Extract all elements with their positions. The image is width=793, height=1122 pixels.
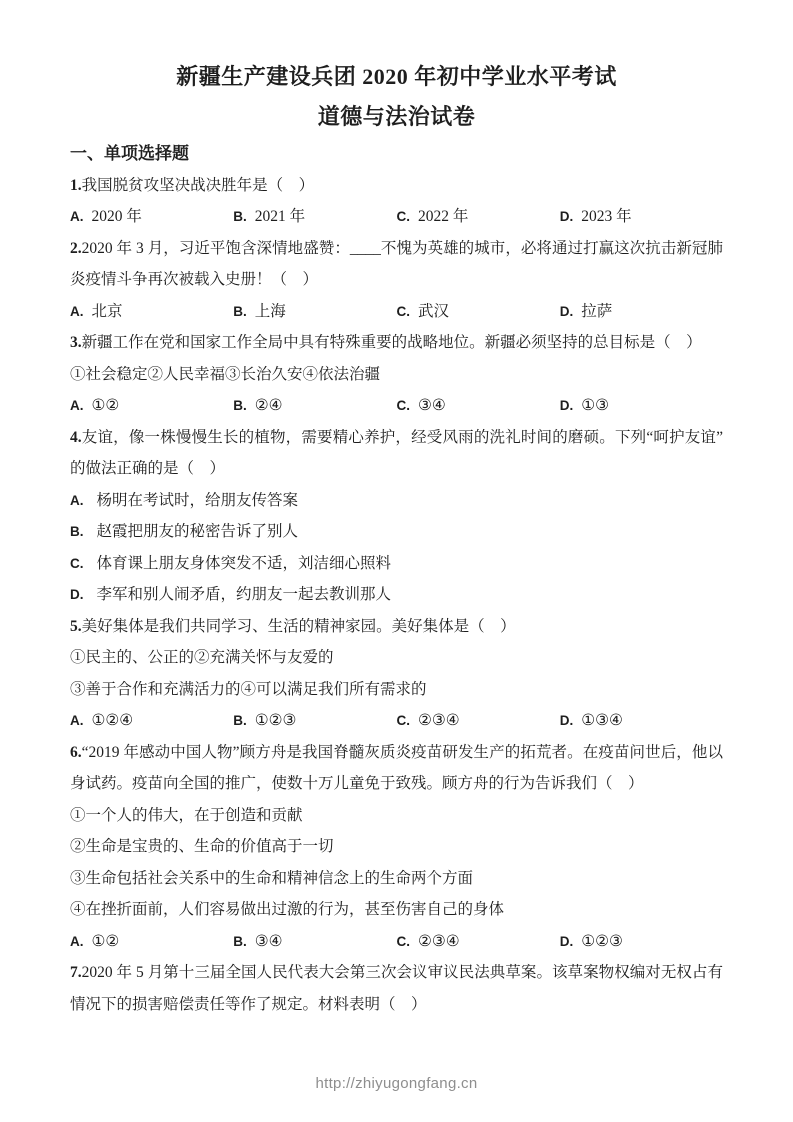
question-1-options: A.2020 年 B.2021 年 C.2022 年 D.2023 年 [70, 201, 723, 233]
question-7: 7.2020 年 5 月第十三届全国人民代表大会第三次会议审议民法典草案。该草案… [70, 957, 723, 1020]
question-6-stem: 6.“2019 年感动中国人物”顾方舟是我国脊髓灰质炎疫苗研发生产的拓荒者。在疫… [70, 737, 723, 800]
option-label: C. [397, 209, 411, 224]
option-text: 杨明在考试时，给朋友传答案 [97, 492, 299, 509]
option-text: ③④ [255, 933, 283, 950]
option-text: ①②③ [581, 933, 623, 950]
exam-document-page: 新疆生产建设兵团 2020 年初中学业水平考试 道德与法治试卷 一、单项选择题 … [0, 0, 793, 1122]
option-label: C. [70, 556, 84, 571]
question-5-option-b: B.①②③ [233, 705, 396, 737]
question-4-text: 友谊，像一株慢慢生长的植物，需要精心养护，经受风雨的洗礼时间的磨硕。下列“呵护友… [70, 429, 723, 478]
question-2-options: A.北京 B.上海 C.武汉 D.拉萨 [70, 296, 723, 328]
question-5-text: 美好集体是我们共同学习、生活的精神家园。美好集体是（ ） [82, 618, 516, 635]
question-3: 3.新疆工作在党和国家工作全局中具有特殊重要的战略地位。新疆必须坚持的总目标是（… [70, 327, 723, 422]
question-5-option-d: D.①③④ [560, 705, 723, 737]
option-text: ②③④ [418, 933, 460, 950]
question-2-number: 2. [70, 240, 82, 257]
question-6-option-a: A.①② [70, 926, 233, 958]
question-6-items-2: ②生命是宝贵的、生命的价值高于一切 [70, 831, 723, 863]
question-2-option-c: C.武汉 [397, 296, 560, 328]
question-1-stem: 1.我国脱贫攻坚决战决胜年是（ ） [70, 170, 723, 202]
question-3-text: 新疆工作在党和国家工作全局中具有特殊重要的战略地位。新疆必须坚持的总目标是（ ） [82, 334, 702, 351]
option-label: C. [397, 398, 411, 413]
option-text: 李军和别人闹矛盾，约朋友一起去教训那人 [97, 586, 392, 603]
option-label: A. [70, 493, 84, 508]
question-4-option-c: C.体育课上朋友身体突发不适，刘洁细心照料 [70, 548, 723, 580]
option-label: D. [560, 304, 574, 319]
option-text: ①③ [581, 397, 609, 414]
question-6: 6.“2019 年感动中国人物”顾方舟是我国脊髓灰质炎疫苗研发生产的拓荒者。在疫… [70, 737, 723, 958]
question-1: 1.我国脱贫攻坚决战决胜年是（ ） A.2020 年 B.2021 年 C.20… [70, 170, 723, 233]
option-label: D. [560, 934, 574, 949]
section-heading: 一、单项选择题 [70, 138, 723, 170]
question-4-option-a: A.杨明在考试时，给朋友传答案 [70, 485, 723, 517]
question-6-option-d: D.①②③ [560, 926, 723, 958]
question-2-option-a: A.北京 [70, 296, 233, 328]
question-7-number: 7. [70, 964, 82, 981]
question-6-number: 6. [70, 744, 82, 761]
question-1-option-d: D.2023 年 [560, 201, 723, 233]
question-5-items-1: ①民主的、公正的②充满关怀与友爱的 [70, 642, 723, 674]
question-6-items-1: ①一个人的伟大，在于创造和贡献 [70, 800, 723, 832]
question-3-option-a: A.①② [70, 390, 233, 422]
option-label: A. [70, 398, 84, 413]
option-text: 拉萨 [581, 303, 612, 320]
question-1-option-b: B.2021 年 [233, 201, 396, 233]
question-1-text: 我国脱贫攻坚决战决胜年是（ ） [82, 177, 315, 194]
option-text: 武汉 [418, 303, 449, 320]
option-label: A. [70, 713, 84, 728]
question-5-option-c: C.②③④ [397, 705, 560, 737]
question-4: 4.友谊，像一株慢慢生长的植物，需要精心养护，经受风雨的洗礼时间的磨硕。下列“呵… [70, 422, 723, 611]
option-label: A. [70, 304, 84, 319]
question-6-options: A.①② B.③④ C.②③④ D.①②③ [70, 926, 723, 958]
option-text: 上海 [255, 303, 286, 320]
option-text: 2022 年 [418, 208, 468, 225]
option-label: B. [233, 713, 247, 728]
exam-title: 新疆生产建设兵团 2020 年初中学业水平考试 [0, 66, 793, 88]
question-6-items-4: ④在挫折面前，人们容易做出过激的行为，甚至伤害自己的身体 [70, 894, 723, 926]
question-4-stem: 4.友谊，像一株慢慢生长的植物，需要精心养护，经受风雨的洗礼时间的磨硕。下列“呵… [70, 422, 723, 485]
question-7-stem: 7.2020 年 5 月第十三届全国人民代表大会第三次会议审议民法典草案。该草案… [70, 957, 723, 1020]
question-2-option-b: B.上海 [233, 296, 396, 328]
footer-url: http://zhiyugongfang.cn [0, 1075, 793, 1092]
question-5-option-a: A.①②④ [70, 705, 233, 737]
option-label: D. [560, 398, 574, 413]
question-5-stem: 5.美好集体是我们共同学习、生活的精神家园。美好集体是（ ） [70, 611, 723, 643]
question-3-options: A.①② B.②④ C.③④ D.①③ [70, 390, 723, 422]
question-1-number: 1. [70, 177, 82, 194]
option-text: ①③④ [581, 712, 623, 729]
exam-subtitle: 道德与法治试卷 [0, 106, 793, 128]
option-label: B. [233, 934, 247, 949]
option-text: ②④ [255, 397, 283, 414]
option-label: D. [560, 209, 574, 224]
question-3-option-c: C.③④ [397, 390, 560, 422]
option-label: C. [397, 934, 411, 949]
option-label: B. [233, 304, 247, 319]
question-6-option-c: C.②③④ [397, 926, 560, 958]
option-label: C. [397, 304, 411, 319]
document-header: 新疆生产建设兵团 2020 年初中学业水平考试 道德与法治试卷 [0, 0, 793, 128]
question-3-number: 3. [70, 334, 82, 351]
option-label: B. [233, 209, 247, 224]
question-7-text: 2020 年 5 月第十三届全国人民代表大会第三次会议审议民法典草案。该草案物权… [70, 964, 723, 1013]
question-1-option-c: C.2022 年 [397, 201, 560, 233]
question-3-option-b: B.②④ [233, 390, 396, 422]
question-4-number: 4. [70, 429, 82, 446]
question-1-option-a: A.2020 年 [70, 201, 233, 233]
question-6-text: “2019 年感动中国人物”顾方舟是我国脊髓灰质炎疫苗研发生产的拓荒者。在疫苗问… [70, 744, 723, 793]
option-text: ②③④ [418, 712, 460, 729]
option-text: ①②③ [255, 712, 297, 729]
question-5-options: A.①②④ B.①②③ C.②③④ D.①③④ [70, 705, 723, 737]
option-label: C. [397, 713, 411, 728]
option-text: 2020 年 [92, 208, 142, 225]
question-5-number: 5. [70, 618, 82, 635]
question-2-stem: 2.2020 年 3 月，习近平饱含深情地盛赞：____不愧为英雄的城市，必将通… [70, 233, 723, 296]
question-5-items-2: ③善于合作和充满活力的④可以满足我们所有需求的 [70, 674, 723, 706]
option-text: 2021 年 [255, 208, 305, 225]
option-label: B. [233, 398, 247, 413]
option-label: A. [70, 209, 84, 224]
question-3-stem: 3.新疆工作在党和国家工作全局中具有特殊重要的战略地位。新疆必须坚持的总目标是（… [70, 327, 723, 359]
option-label: D. [560, 713, 574, 728]
option-text: 北京 [92, 303, 123, 320]
option-text: ③④ [418, 397, 446, 414]
option-text: 赵霞把朋友的秘密告诉了别人 [97, 523, 299, 540]
question-6-option-b: B.③④ [233, 926, 396, 958]
option-text: 2023 年 [581, 208, 631, 225]
option-text: ①② [92, 397, 120, 414]
question-2-option-d: D.拉萨 [560, 296, 723, 328]
question-4-option-d: D.李军和别人闹矛盾，约朋友一起去教训那人 [70, 579, 723, 611]
question-3-option-d: D.①③ [560, 390, 723, 422]
question-2: 2.2020 年 3 月，习近平饱含深情地盛赞：____不愧为英雄的城市，必将通… [70, 233, 723, 328]
option-text: 体育课上朋友身体突发不适，刘洁细心照料 [97, 555, 392, 572]
question-6-items-3: ③生命包括社会关系中的生命和精神信念上的生命两个方面 [70, 863, 723, 895]
option-label: A. [70, 934, 84, 949]
option-label: D. [70, 587, 84, 602]
document-body: 一、单项选择题 1.我国脱贫攻坚决战决胜年是（ ） A.2020 年 B.202… [70, 138, 723, 1020]
option-text: ①②④ [92, 712, 134, 729]
option-text: ①② [92, 933, 120, 950]
option-label: B. [70, 524, 84, 539]
question-3-items: ①社会稳定②人民幸福③长治久安④依法治疆 [70, 359, 723, 391]
question-2-text: 2020 年 3 月，习近平饱含深情地盛赞：____不愧为英雄的城市，必将通过打… [70, 240, 723, 289]
question-5: 5.美好集体是我们共同学习、生活的精神家园。美好集体是（ ） ①民主的、公正的②… [70, 611, 723, 737]
question-4-option-b: B.赵霞把朋友的秘密告诉了别人 [70, 516, 723, 548]
